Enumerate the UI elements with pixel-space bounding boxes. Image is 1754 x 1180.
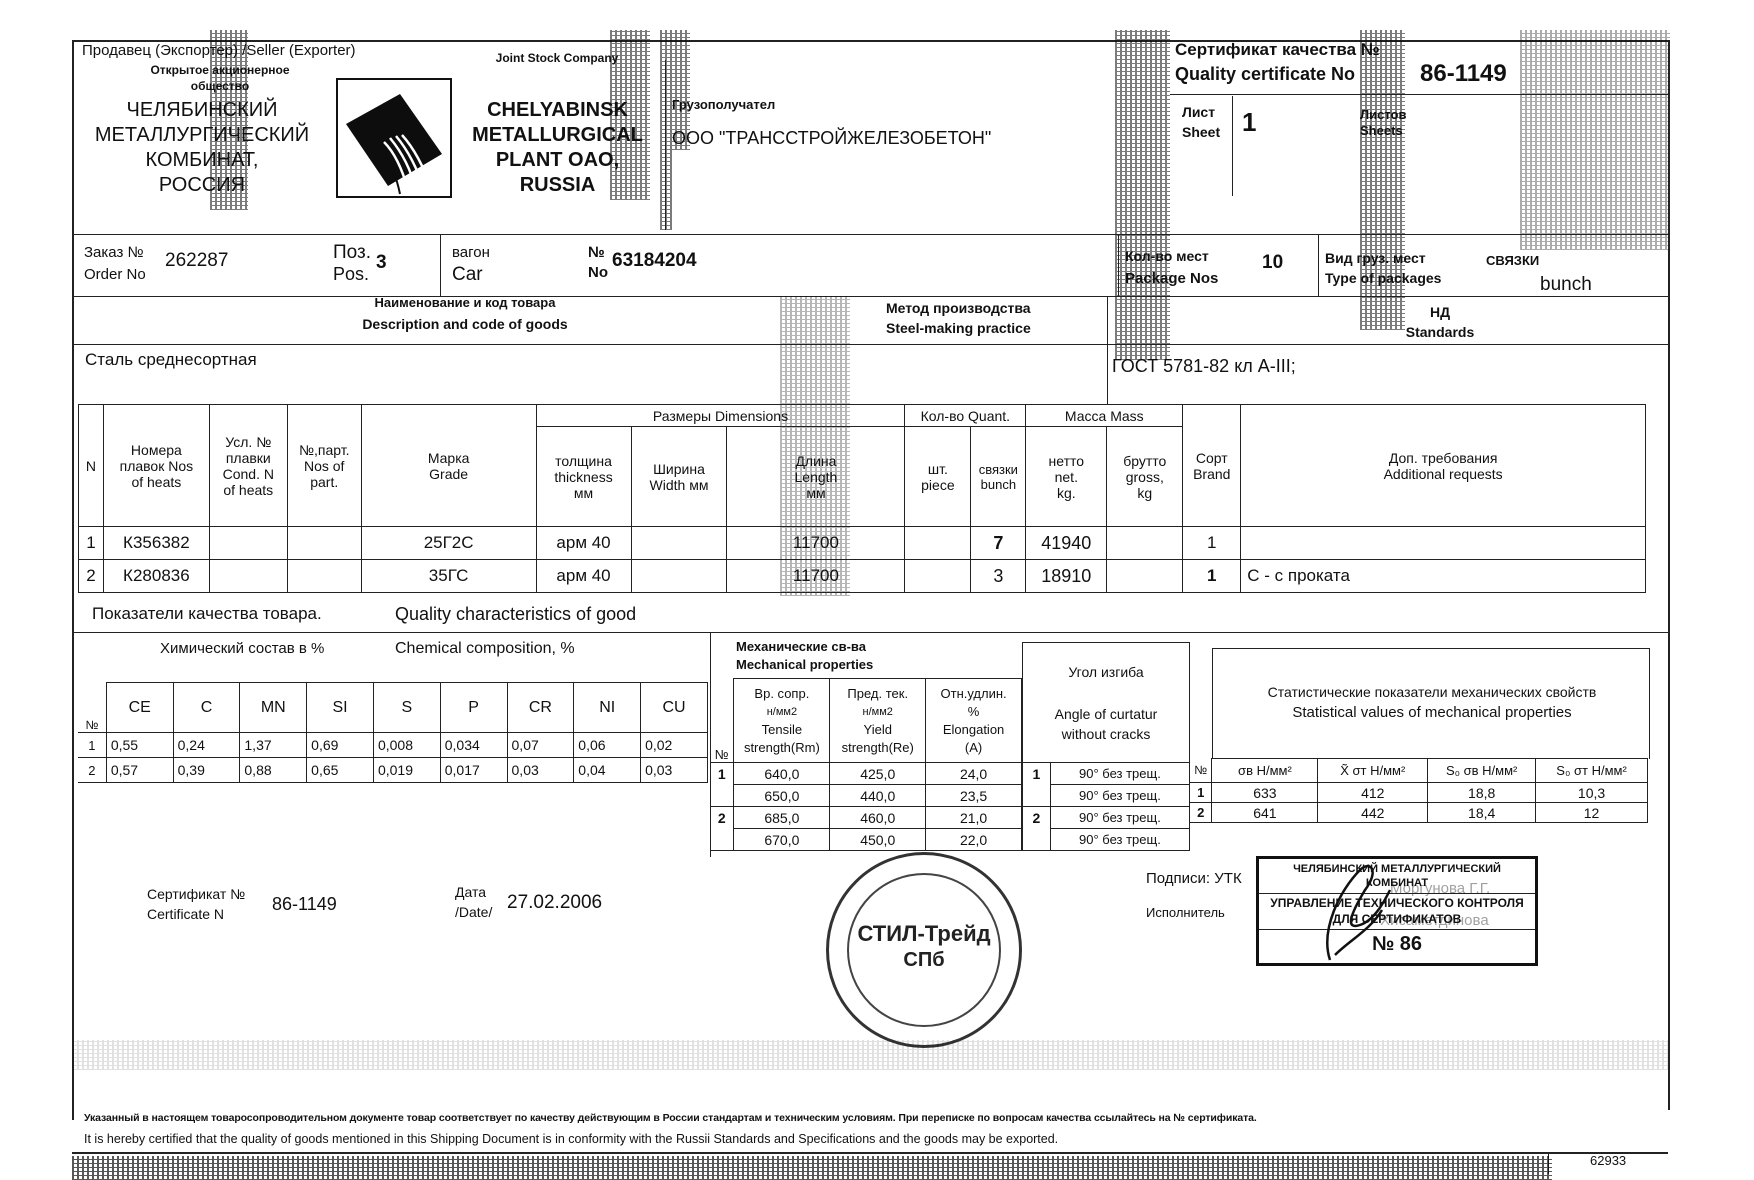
frame-left	[72, 40, 74, 1120]
col-header-mass: Масса Mass	[1026, 405, 1183, 427]
standards-label-ru: НД	[1380, 304, 1500, 320]
packages-label-en: Package Nos	[1125, 270, 1218, 287]
col-header-net: нетто net. kg.	[1026, 427, 1107, 527]
cert-title-underline	[1170, 94, 1668, 95]
table-row: 90° без трещ.	[1023, 829, 1190, 851]
sheet-value: 1	[1242, 108, 1256, 138]
goods-row-top	[72, 296, 1668, 297]
mechanical-table: № Вр. сопр. н/мм2 Tensile strength(Rm) П…	[710, 678, 1022, 851]
table-row: 1 0,55 0,24 1,37 0,69 0,008 0,034 0,07 0…	[78, 733, 708, 758]
cert-number: 86-1149	[1420, 60, 1507, 88]
order-label-en: Order No	[84, 266, 146, 283]
bend-table: Угол изгиба Angle of curtatur without cr…	[1022, 642, 1190, 851]
statement-en: It is hereby certified that the quality …	[84, 1132, 1058, 1146]
col-header-brand: Сорт Brand	[1183, 405, 1241, 527]
packages-divider	[1118, 234, 1119, 296]
mech-elong-header: Отн.удлин. % Elongation (A)	[926, 679, 1022, 763]
method-label-ru: Метод производства	[886, 300, 1031, 316]
package-type-value-en: bunch	[1540, 274, 1592, 296]
sheet-label-en: Sheet	[1182, 124, 1220, 140]
col-header-bunch: связки bunch	[971, 427, 1026, 527]
pos-value: 3	[376, 252, 387, 274]
statement-underline	[72, 1152, 1668, 1154]
table-row: 2 685,0 460,0 21,0	[710, 807, 1022, 829]
package-type-value-ru: связки	[1486, 254, 1539, 269]
statement-ru: Указанный в настоящем товаросопроводител…	[84, 1112, 1257, 1124]
footer-cert-value: 86-1149	[272, 894, 337, 915]
car-divider	[440, 234, 441, 296]
order-row-top	[72, 234, 1668, 235]
mech-yield-header: Пред. тек. н/мм2 Yield strength(Re)	[830, 679, 926, 763]
items-table: N Номера плавок Nos of heats Усл. № плав…	[78, 404, 1646, 593]
scan-noise	[1115, 30, 1170, 360]
pos-label-en: Pos.	[333, 264, 369, 285]
package-type-divider	[1318, 234, 1319, 296]
table-row: 1 633 412 18,8 10,3	[1190, 783, 1648, 803]
package-type-label-en: Type of packages	[1325, 270, 1441, 286]
round-stamp-text: СТИЛ-Трейд	[829, 921, 1019, 946]
bend-header: Угол изгиба Angle of curtatur without cr…	[1023, 643, 1190, 763]
table-row: 90° без трещ.	[1023, 785, 1190, 807]
mechanical-title-ru: Механические св-ва	[736, 640, 866, 655]
statistics-title-en: Statistical values of mechanical propert…	[1214, 704, 1650, 721]
sheet-divider	[1232, 96, 1233, 196]
desc-label-ru: Наименование и код товара	[320, 296, 610, 311]
col-header-n: N	[79, 405, 104, 527]
mech-no-header: №	[710, 679, 734, 763]
scan-noise	[72, 1156, 1552, 1180]
col-header-gross: брутто gross, kg	[1107, 427, 1183, 527]
col-header-width: Ширина Width мм	[631, 427, 727, 527]
quality-title-ru: Показатели качества товара.	[92, 604, 322, 624]
packages-value: 10	[1262, 252, 1283, 274]
scan-noise	[1520, 30, 1670, 250]
col-header-cond: Усл. № плавки Cond. N of heats	[209, 405, 287, 527]
redaction-box	[775, 44, 1093, 114]
table-row: 2 К280836 35ГС арм 40 11700 3 18910 1 С …	[79, 560, 1646, 593]
standards-label-en: Standards	[1380, 324, 1500, 340]
order-value: 262287	[165, 250, 228, 272]
table-row: 1 К356382 25Г2С арм 40 11700 7 41940 1	[79, 527, 1646, 560]
table-row: 1 640,0 425,0 24,0	[710, 763, 1022, 785]
sheet-label-ru: Лист	[1182, 104, 1215, 120]
footer-cert-label-en: Certificate N	[147, 906, 224, 922]
scan-noise	[210, 30, 248, 210]
cert-title-en: Quality certificate No	[1175, 64, 1355, 85]
redaction-box	[672, 150, 1167, 230]
table-row: 670,0 450,0 22,0	[710, 829, 1022, 851]
car-no-label-en: No	[588, 264, 608, 281]
statistics-title-ru: Статистические показатели механических с…	[1214, 684, 1650, 700]
col-header-heats: Номера плавок Nos of heats	[103, 405, 209, 527]
scan-noise	[610, 30, 650, 200]
car-value: 63184204	[612, 250, 697, 272]
mechanical-title-en: Mechanical properties	[736, 658, 873, 673]
footer-date-label-ru: Дата	[455, 884, 486, 900]
car-no-label-ru: №	[588, 244, 605, 261]
form-code: 62933	[1590, 1154, 1626, 1169]
company-logo	[336, 78, 452, 198]
round-stamp-text: СПб	[829, 949, 1019, 972]
order-label-ru: Заказ №	[84, 244, 144, 261]
consignee-divider	[665, 60, 666, 230]
col-header-quant: Кол-во Quant.	[905, 405, 1026, 427]
method-label-en: Steel-making practice	[886, 320, 1031, 336]
table-row: 1 90° без трещ.	[1023, 763, 1190, 785]
consignee-name: ООО "ТРАНССТРОЙЖЕЛЕЗОБЕТОН"	[672, 128, 991, 149]
mech-tensile-header: Вр. сопр. н/мм2 Tensile strength(Rm)	[734, 679, 830, 763]
seller-name-ru: ЧЕЛЯБИНСКИЙ МЕТАЛЛУРГИЧЕСКИЙ КОМБИНАТ, Р…	[82, 98, 322, 198]
executor-label: Исполнитель	[1146, 906, 1225, 921]
standards-divider	[1107, 296, 1108, 404]
table-row: 650,0 440,0 23,5	[710, 785, 1022, 807]
footer-date-value: 27.02.2006	[507, 892, 602, 914]
cert-title-ru: Сертификат качества №	[1175, 40, 1380, 60]
chemical-title-en: Chemical composition, %	[395, 640, 575, 658]
packages-label-ru: Кол-во мест	[1125, 248, 1209, 264]
consignee-label: Грузополучатель	[672, 98, 783, 113]
table-row: 2 90° без трещ.	[1023, 807, 1190, 829]
col-header-additional: Доп. требования Additional requests	[1241, 405, 1646, 527]
car-label-ru: вагон	[452, 244, 490, 261]
col-header-thickness: толщина thickness мм	[536, 427, 631, 527]
sign-utk-label: Подписи: УТК	[1146, 870, 1242, 887]
table-row: 2 0,57 0,39 0,88 0,65 0,019 0,017 0,03 0…	[78, 758, 708, 783]
car-label-en: Car	[452, 264, 483, 286]
package-type-label-ru: Вид груз. мест	[1325, 250, 1426, 266]
chemical-title-ru: Химический состав в %	[160, 640, 324, 657]
col-header-grade: Марка Grade	[361, 405, 536, 527]
footer-date-label-en: /Date/	[455, 904, 492, 920]
statistics-table: № σв Н/мм² X̃ σт Н/мм² S₀ σв Н/мм² S₀ σт…	[1190, 758, 1648, 823]
sheets-label-en: Sheets	[1360, 124, 1403, 139]
chem-no-header: №	[78, 683, 106, 733]
pos-label-ru: Поз.	[333, 242, 371, 264]
col-header-part: №,парт. Nos of part.	[287, 405, 361, 527]
quality-divider	[72, 632, 1668, 633]
sheets-label-ru: Листов	[1360, 108, 1406, 123]
col-header-piece: шт. piece	[905, 427, 971, 527]
col-header-dimensions: Размеры Dimensions	[536, 405, 905, 427]
goods-subrow-line	[72, 344, 1668, 345]
table-row: 2 641 442 18,4 12	[1190, 803, 1648, 823]
stat-no-header: №	[1190, 759, 1212, 783]
col-header-length: Длина Length мм	[727, 427, 905, 527]
quality-title-en: Quality characteristics of good	[395, 604, 636, 625]
goods-standard: ГОСТ 5781-82 кл А-III;	[1112, 356, 1296, 377]
goods-description: Сталь среднесортная	[85, 350, 257, 370]
scan-noise	[72, 1040, 1668, 1070]
footer-cert-label-ru: Сертификат №	[147, 886, 245, 902]
desc-label-en: Description and code of goods	[320, 316, 610, 332]
signature-icon	[1290, 860, 1400, 970]
logo-mark-icon	[338, 80, 450, 196]
chemical-table: № CE C MN SI S P CR NI CU 1 0,55 0,24 1,…	[78, 682, 708, 783]
round-stamp: СТИЛ-Трейд СПб	[826, 852, 1022, 1048]
